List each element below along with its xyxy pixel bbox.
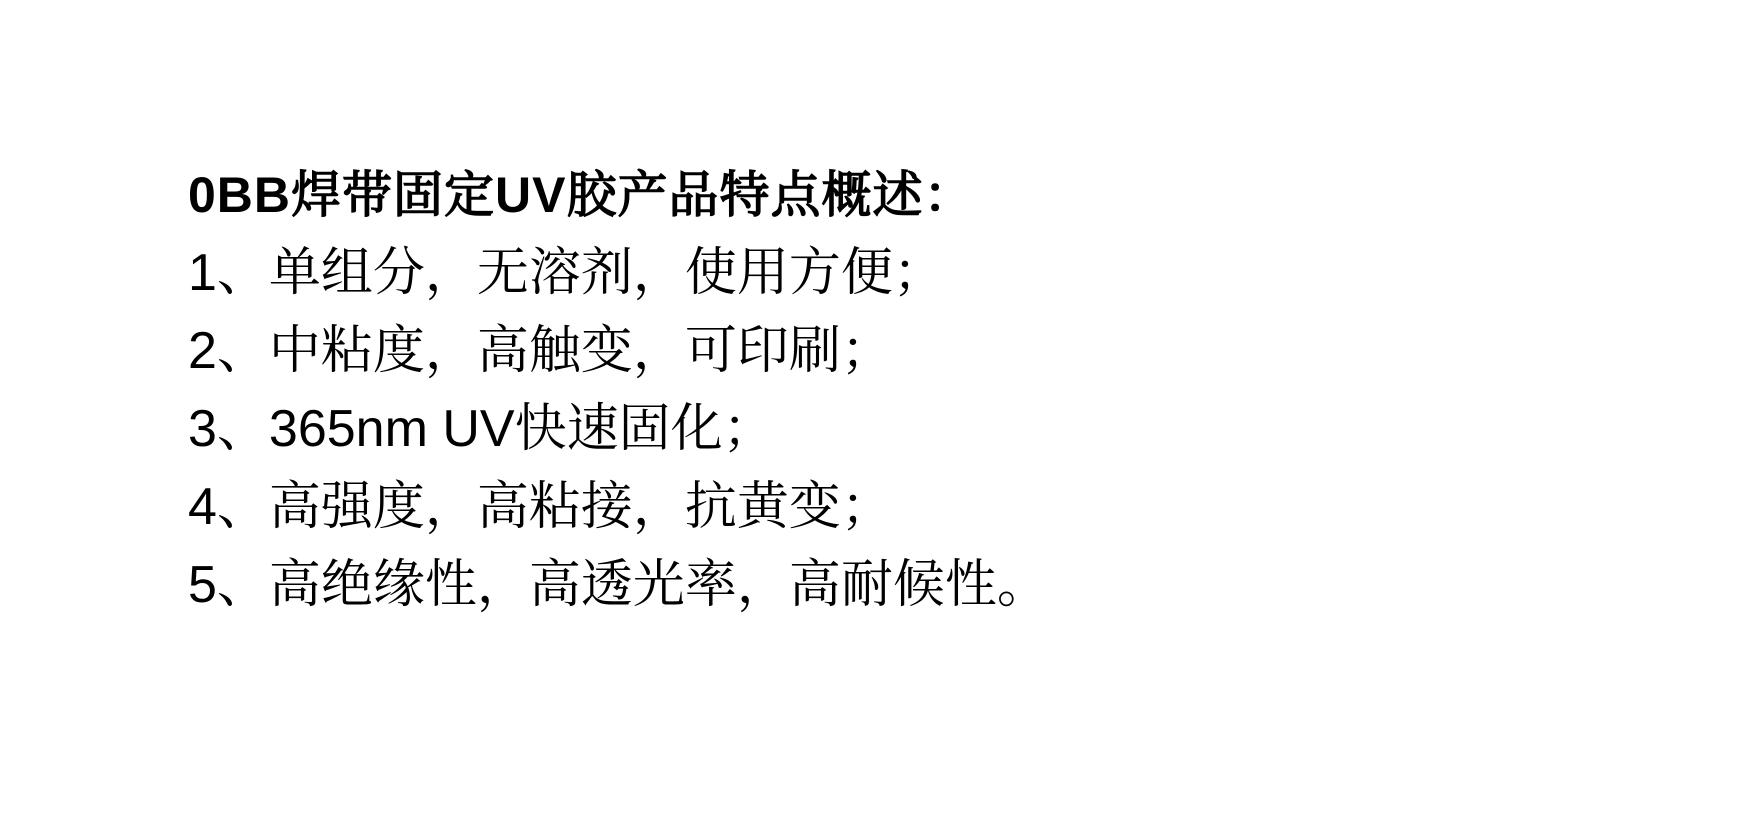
document-page: 0BB焊带固定UV胶产品特点概述： 1、单组分，无溶剂，使用方便； 2、中粘度，… bbox=[0, 0, 1742, 815]
page-title: 0BB焊带固定UV胶产品特点概述： bbox=[188, 156, 1049, 234]
feature-item-3: 3、365nm UV快速固化； bbox=[188, 390, 1049, 468]
feature-item-4: 4、高强度，高粘接，抗黄变； bbox=[188, 468, 1049, 546]
feature-item-2: 2、中粘度，高触变，可印刷； bbox=[188, 312, 1049, 390]
product-feature-overview: 0BB焊带固定UV胶产品特点概述： 1、单组分，无溶剂，使用方便； 2、中粘度，… bbox=[188, 156, 1049, 624]
feature-item-5: 5、高绝缘性，高透光率，高耐候性。 bbox=[188, 546, 1049, 624]
feature-item-1: 1、单组分，无溶剂，使用方便； bbox=[188, 234, 1049, 312]
